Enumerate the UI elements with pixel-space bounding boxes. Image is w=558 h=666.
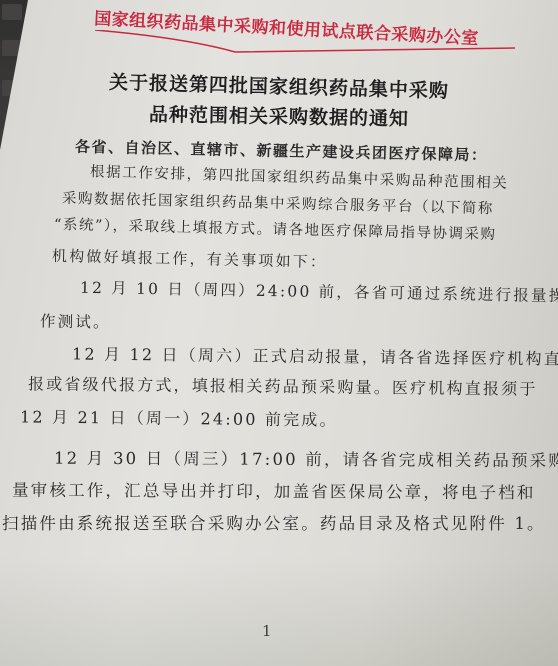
page-number: 1 — [262, 622, 272, 640]
body-line: “系统”），采取线上填报方式。请各地医疗保障局指导协调采购 — [54, 213, 497, 244]
body-line: 作测试。 — [40, 309, 111, 332]
keyboard-key — [2, 4, 22, 20]
body-line: 12 月 21 日（周一）24:00 前完成。 — [20, 404, 338, 430]
body-line: 12 月 30 日（周三）17:00 前，请各省完成相关药品预采购 — [54, 445, 558, 472]
body-line: 量审核工作，汇总导出并打印，加盖省医保局公章，将电子档和 — [12, 477, 536, 504]
red-header-rule — [95, 30, 515, 54]
body-line: 扫描件由系统报送至联合采购办公室。药品目录及格式见附件 1。 — [2, 510, 546, 534]
body-line: 报或省级代报方式，填报相关药品预采购量。医疗机构直报须于 — [28, 371, 538, 399]
body-line: 机构做好填报工作，有关事项如下： — [52, 245, 328, 272]
body-line: 12 月 12 日（周六）正式启动报量，请各省选择医疗机构直 — [72, 341, 558, 369]
document-page: 国家组织药品集中采购和使用试点联合采购办公室 关于报送第四批国家组织药品集中采购… — [0, 0, 558, 666]
body-line: 采购数据依托国家组织药品集中采购综合服务平台（以下简称 — [62, 187, 494, 219]
body-line: 12 月 10 日（周四）24:00 前，各省可通过系统进行报量操 — [80, 276, 558, 306]
